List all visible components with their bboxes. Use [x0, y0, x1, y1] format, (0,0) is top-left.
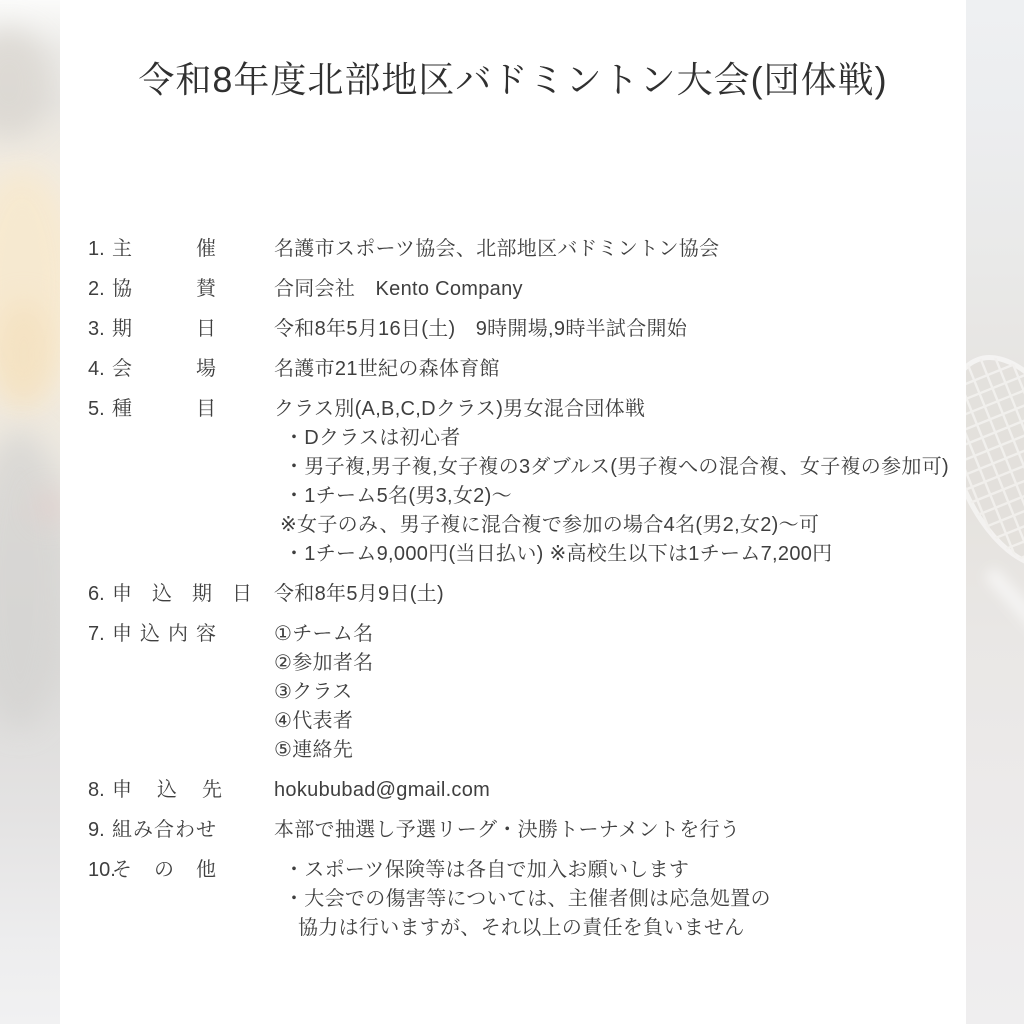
item-term: 申込期日 [112, 583, 252, 605]
item-number: 1. [88, 238, 112, 260]
item-line: 本部で抽選し予選リーグ・決勝トーナメントを行う [274, 819, 966, 841]
blurred-photo-shape [0, 430, 60, 730]
item-line: 令和8年5月16日(土) 9時開場,9時半試合開始 [274, 318, 966, 340]
item-number: 4. [88, 358, 112, 380]
item-line: ・1チーム5名(男3,女2)〜 [274, 485, 966, 507]
item-term: 種目 [112, 398, 216, 565]
doc-item-entry-details: 7. 申込内容 ①チーム名 ②参加者名 ③クラス ④代表者 ⑤連絡先 [88, 623, 966, 761]
blurred-photo-shape [0, 28, 52, 138]
item-line: ・大会での傷害等については、主催者側は応急処置の [274, 888, 966, 910]
email-value: hokububad@gmail.com [274, 779, 966, 801]
item-number: 9. [88, 819, 112, 841]
item-value: 本部で抽選し予選リーグ・決勝トーナメントを行う [274, 819, 966, 841]
doc-item-events: 5. 種目 クラス別(A,B,C,Dクラス)男女混合団体戦 ・Dクラスは初心者 … [88, 398, 966, 565]
page: 令和8年度北部地区バドミントン大会(団体戦) 1. 主催 名護市スポーツ協会、北… [0, 0, 1024, 1024]
doc-item-venue: 4. 会場 名護市21世紀の森体育館 [88, 358, 966, 380]
doc-item-draw: 9. 組み合わせ 本部で抽選し予選リーグ・決勝トーナメントを行う [88, 819, 966, 841]
item-line: 合同会社 Kento Company [274, 278, 966, 300]
item-value: 令和8年5月16日(土) 9時開場,9時半試合開始 [274, 318, 966, 340]
item-term: 会場 [112, 358, 216, 380]
doc-item-sponsor: 2. 協賛 合同会社 Kento Company [88, 278, 966, 300]
item-term: 期日 [112, 318, 216, 340]
item-value: 名護市スポーツ協会、北部地区バドミントン協会 [274, 238, 966, 260]
item-value: 令和8年5月9日(土) [274, 583, 966, 605]
background-photo-left-edge [0, 0, 60, 1024]
item-line: 令和8年5月9日(土) [274, 583, 966, 605]
item-term: 主催 [112, 238, 216, 260]
item-value: ①チーム名 ②参加者名 ③クラス ④代表者 ⑤連絡先 [274, 623, 966, 761]
blurred-photo-shape [0, 300, 54, 410]
doc-item-organizer: 1. 主催 名護市スポーツ協会、北部地区バドミントン協会 [88, 238, 966, 260]
item-line: ①チーム名 [274, 623, 966, 645]
item-line: クラス別(A,B,C,Dクラス)男女混合団体戦 [274, 398, 966, 420]
item-number: 5. [88, 398, 112, 565]
doc-item-deadline: 6. 申込期日 令和8年5月9日(土) [88, 583, 966, 605]
item-line: ③クラス [274, 681, 966, 703]
document-panel: 令和8年度北部地区バドミントン大会(団体戦) 1. 主催 名護市スポーツ協会、北… [60, 0, 966, 1024]
item-number: 7. [88, 623, 112, 761]
background-photo-right-edge [966, 0, 1024, 1024]
item-value: 名護市21世紀の森体育館 [274, 358, 966, 380]
item-line: ・スポーツ保険等は各自で加入お願いします [274, 859, 966, 881]
item-term: 組み合わせ [112, 819, 216, 841]
item-line: ・男子複,男子複,女子複の3ダブルス(男子複への混合複、女子複の参加可) [274, 456, 966, 478]
item-number: 10. [88, 859, 112, 939]
item-line: ・1チーム9,000円(当日払い) ※高校生以下は1チーム7,200円 [274, 543, 966, 565]
item-line: ・Dクラスは初心者 [274, 427, 966, 449]
item-term: 申込内容 [112, 623, 216, 761]
item-number: 6. [88, 583, 112, 605]
item-line: ※女子のみ、男子複に混合複で参加の場合4名(男2,女2)〜可 [274, 514, 966, 536]
document-items: 1. 主催 名護市スポーツ協会、北部地区バドミントン協会 2. 協賛 合同会社 … [88, 238, 966, 939]
badminton-racket-icon [966, 0, 1024, 1024]
item-line: ②参加者名 [274, 652, 966, 674]
item-line: ④代表者 [274, 710, 966, 732]
item-number: 2. [88, 278, 112, 300]
item-line: 協力は行いますが、それ以上の責任を負いません [274, 917, 966, 939]
doc-item-date: 3. 期日 令和8年5月16日(土) 9時開場,9時半試合開始 [88, 318, 966, 340]
item-term: その他 [112, 859, 216, 939]
item-line: 名護市スポーツ協会、北部地区バドミントン協会 [274, 238, 966, 260]
doc-item-contact: 8. 申込先 hokububad@gmail.com [88, 779, 966, 801]
item-number: 8. [88, 779, 112, 801]
item-value: hokububad@gmail.com [274, 779, 966, 801]
item-line: ⑤連絡先 [274, 739, 966, 761]
item-term: 協賛 [112, 278, 216, 300]
doc-item-other: 10. その他 ・スポーツ保険等は各自で加入お願いします ・大会での傷害等につい… [88, 859, 966, 939]
blurred-photo-shape [36, 492, 60, 522]
item-number: 3. [88, 318, 112, 340]
item-term: 申込先 [112, 779, 222, 801]
item-value: 合同会社 Kento Company [274, 278, 966, 300]
item-value: クラス別(A,B,C,Dクラス)男女混合団体戦 ・Dクラスは初心者 ・男子複,男… [274, 398, 966, 565]
document-title: 令和8年度北部地区バドミントン大会(団体戦) [60, 58, 966, 102]
item-line: 名護市21世紀の森体育館 [274, 358, 966, 380]
item-value: ・スポーツ保険等は各自で加入お願いします ・大会での傷害等については、主催者側は… [274, 859, 966, 939]
